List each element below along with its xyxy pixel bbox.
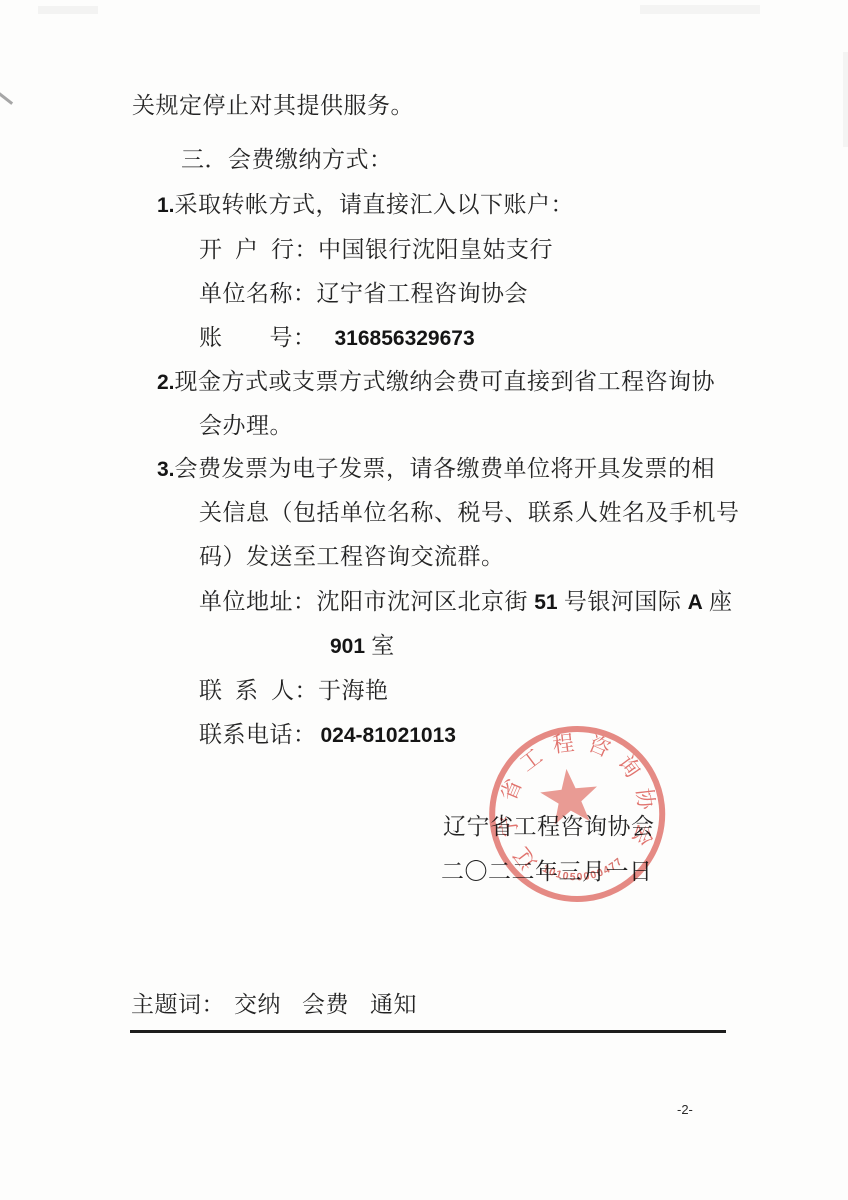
- doc-line: 会办理。: [199, 412, 293, 440]
- doc-line: 1.采取转帐方式，请直接汇入以下账户：: [157, 191, 574, 219]
- official-seal: 辽宁省工程咨询协会 21010500004776: [469, 704, 684, 919]
- building-letter: A: [688, 591, 703, 614]
- room-number-line: 901 室: [330, 632, 395, 660]
- subject-keywords-line: 主题词：交纳会费通知: [131, 991, 417, 1019]
- line-text: 室: [365, 633, 395, 658]
- list-number: 3.: [157, 458, 175, 481]
- line-text: 座: [703, 589, 733, 614]
- list-number: 1.: [157, 194, 175, 217]
- doc-line: 码）发送至工程咨询交流群。: [199, 543, 505, 571]
- street-number: 51: [534, 591, 557, 614]
- subject-keyword: 会费: [302, 992, 349, 1017]
- subject-keyword: 通知: [370, 992, 417, 1017]
- line-text: 单位地址：沈阳市沈河区北京街: [199, 589, 534, 614]
- line-text: 采取转帐方式，请直接汇入以下账户：: [175, 192, 575, 217]
- page-number: -2-: [677, 1102, 693, 1117]
- list-number: 2.: [157, 371, 175, 394]
- doc-line: 2.现金方式或支票方式缴纳会费可直接到省工程咨询协: [157, 368, 715, 396]
- line-text: 号银河国际: [558, 589, 688, 614]
- scan-artifact: [843, 52, 848, 147]
- contact-phone-line: 联系电话：024-81021013: [199, 721, 456, 749]
- account-number: 316856329673: [335, 327, 475, 350]
- line-text: 现金方式或支票方式缴纳会费可直接到省工程咨询协: [175, 369, 716, 394]
- field-label: 联系电话：: [199, 722, 317, 747]
- scanned-page: 关规定停止对其提供服务。 三．会费缴纳方式： 1.采取转帐方式，请直接汇入以下账…: [0, 0, 848, 1200]
- scan-artifact: [0, 92, 13, 105]
- bank-name-line: 开 户 行：中国银行沈阳皇姑支行: [199, 236, 553, 264]
- doc-line: 关规定停止对其提供服务。: [132, 92, 414, 120]
- scan-artifact: [640, 5, 760, 14]
- field-label: 账 号：: [199, 325, 317, 350]
- signature-date: 二〇二二年三月一日: [441, 858, 653, 886]
- unit-name-line: 单位名称：辽宁省工程咨询协会: [199, 280, 528, 308]
- signature-org: 辽宁省工程咨询协会: [443, 813, 655, 841]
- contact-person-line: 联 系 人：于海艳: [199, 677, 389, 705]
- subject-label: 主题词：: [131, 992, 225, 1017]
- subject-keyword: 交纳: [234, 992, 281, 1017]
- phone-number: 024-81021013: [321, 724, 456, 747]
- doc-line: 3.会费发票为电子发票，请各缴费单位将开具发票的相: [157, 455, 715, 483]
- seal-org-arc-text: 辽宁省工程咨询协会: [488, 723, 664, 876]
- section-heading: 三．会费缴纳方式：: [181, 146, 393, 174]
- room-number: 901: [330, 635, 365, 658]
- line-text: 会费发票为电子发票，请各缴费单位将开具发票的相: [175, 456, 716, 481]
- scan-artifact: [38, 6, 98, 14]
- account-number-line: 账 号：316856329673: [199, 324, 475, 352]
- address-line: 单位地址：沈阳市沈河区北京街 51 号银河国际 A 座: [199, 588, 733, 616]
- footer-rule: [130, 1030, 726, 1033]
- doc-line: 关信息（包括单位名称、税号、联系人姓名及手机号: [199, 499, 740, 527]
